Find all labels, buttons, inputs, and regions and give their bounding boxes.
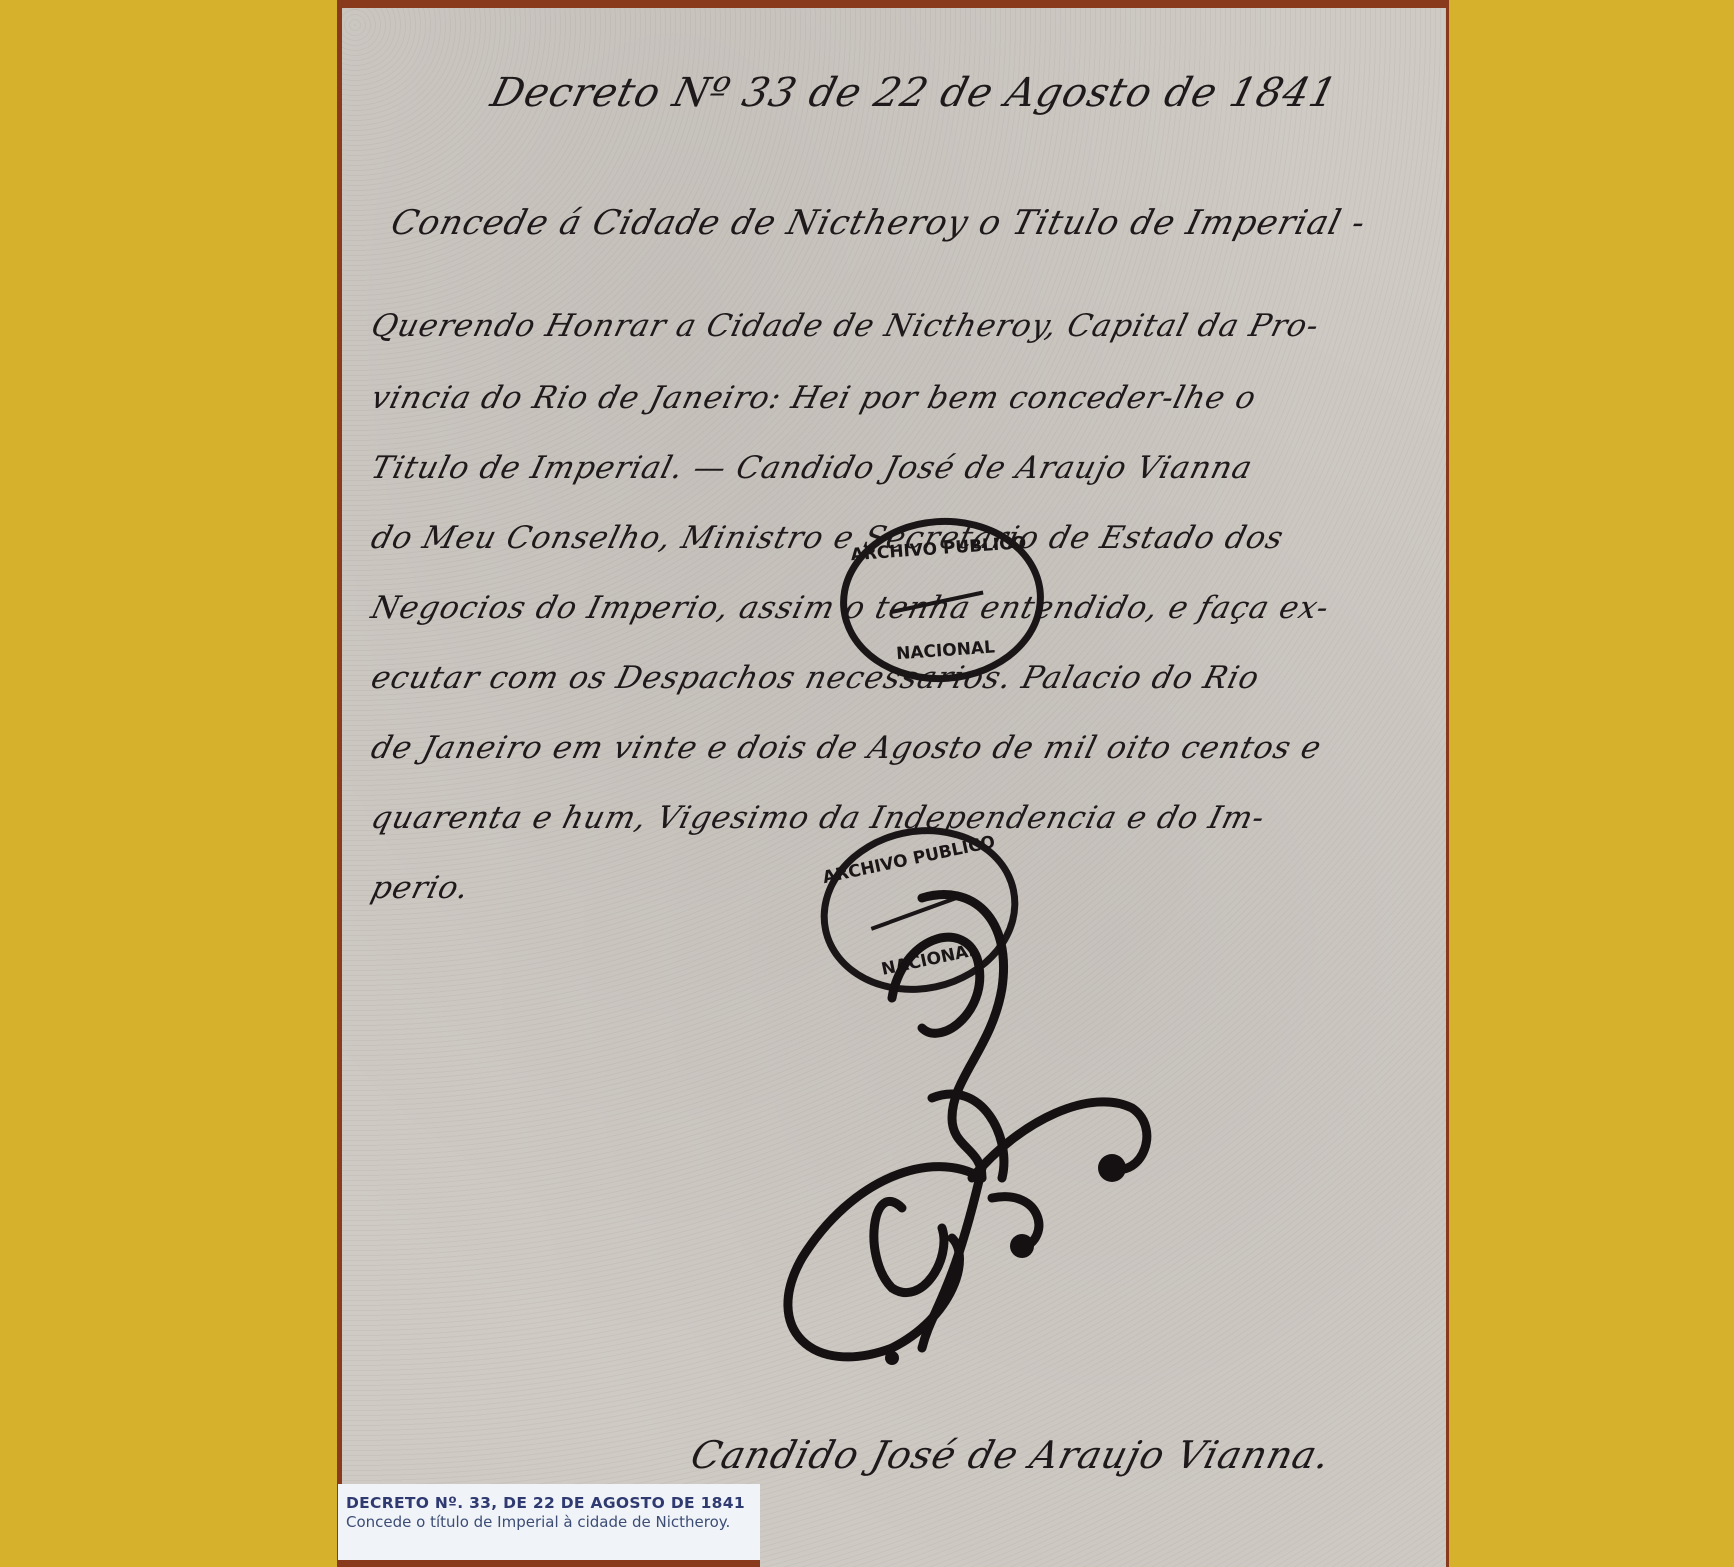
stamp-mark [890,591,984,615]
decree-subject: Concede á Cidade de Nictheroy o Titulo d… [387,203,1370,243]
historical-decree-document: Decreto Nº 33 de 22 de Agosto de 1841 Co… [342,8,1446,1567]
body-line: quarenta e hum, Vigesimo da Independenci… [368,800,1269,836]
body-line: Querendo Honrar a Cidade de Nictheroy, C… [368,308,1324,344]
body-line: do Meu Conselho, Ministro e Secretario d… [368,520,1288,556]
decree-heading: Decreto Nº 33 de 22 de Agosto de 1841 [486,70,1342,116]
exhibit-caption-label: DECRETO Nº. 33, DE 22 DE AGOSTO DE 1841 … [338,1484,760,1560]
body-line: vincia do Rio de Janeiro: Hei por bem co… [368,380,1261,416]
body-line: ecutar com os Despachos necessarios. Pal… [368,660,1264,696]
body-line: perio. [368,870,474,906]
body-line: Titulo de Imperial. — Candido José de Ar… [368,450,1257,486]
caption-subtitle: Concede o título de Imperial à cidade de… [346,1513,752,1531]
body-line: de Janeiro em vinte e dois de Agosto de … [368,730,1326,766]
minister-signature: Candido José de Araujo Vianna. [687,1433,1336,1477]
caption-title: DECRETO Nº. 33, DE 22 DE AGOSTO DE 1841 [346,1494,752,1512]
monogram-p-icon [752,878,1172,1378]
frame-bottom-strip [338,1560,760,1567]
